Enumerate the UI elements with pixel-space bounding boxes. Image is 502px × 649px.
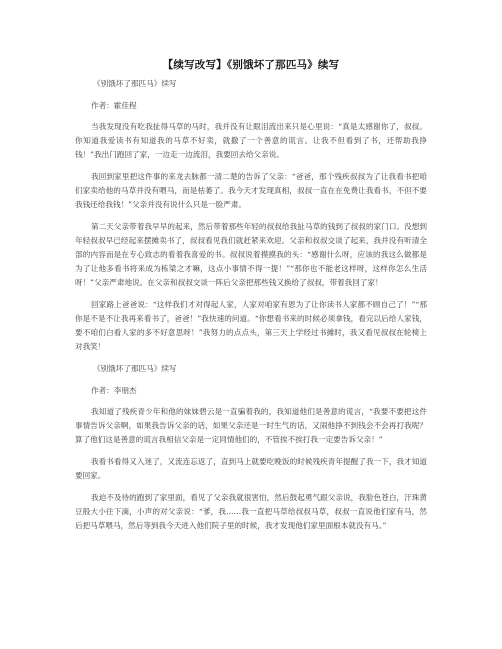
document-body: 《别饿坏了那匹马》续写 作者：霍佳程 当我发现没有吃我扯得马草的马时，我并没有让… xyxy=(75,77,427,541)
section-2-author: 作者：李朋杰 xyxy=(75,384,427,398)
section-2-heading: 《别饿坏了那匹马》续写 xyxy=(75,362,427,376)
section-1-paragraph: 我回到家里把这件事的来龙去脉都一清二楚的告诉了父亲：“爸爸，那个残疾叔叔为了让我… xyxy=(75,170,427,212)
section-1-heading: 《别饿坏了那匹马》续写 xyxy=(75,77,427,91)
section-1-paragraph: 回家路上爸爸说：“这样我们才对得起人家，人家对咱家有恩为了让你读书人家都不顾自己… xyxy=(75,298,427,354)
section-2-paragraph: 我知道了残疾青少年和他的妹妹碧云是一直骗着我的，我知道他们是善意的谎言，“我要不… xyxy=(75,405,427,447)
document-page: 【续写改写】《别饿坏了那匹马》续写 《别饿坏了那匹马》续写 作者：霍佳程 当我发… xyxy=(0,0,502,649)
section-2-paragraph: 我迫不及待的跑到了家里面，看见了父亲我就很害怕，然后鼓起勇气跟父亲说，我脸色苍白… xyxy=(75,491,427,533)
document-title: 【续写改写】《别饿坏了那匹马》续写 xyxy=(0,57,502,72)
section-2-paragraph: 我看书看得又入迷了，又流连忘返了，直到马上就要吃晚饭的时候残疾青年提醒了我一下，… xyxy=(75,455,427,483)
section-1-paragraph: 当我发现没有吃我扯得马草的马时，我并没有让眼泪流出来只是心里说：“真是太感谢你了… xyxy=(75,120,427,162)
section-1-author: 作者：霍佳程 xyxy=(75,99,427,113)
section-1-paragraph: 第二天父亲带着我早早的起来，然后带着那些年轻的叔叔给我扯马草的钱到了叔叔的家门口… xyxy=(75,220,427,290)
